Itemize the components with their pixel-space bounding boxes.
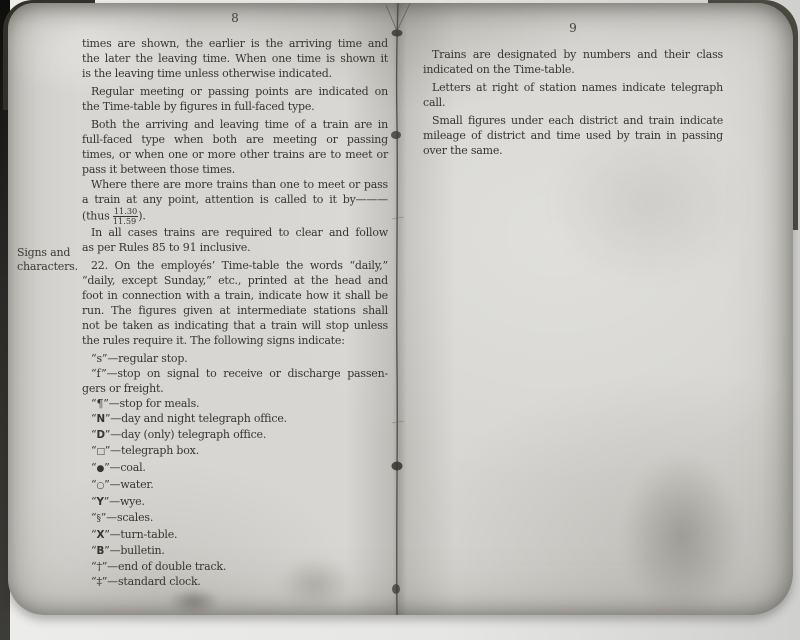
close-quote-dash: ”—: [101, 511, 117, 524]
sign-description: standard clock.: [118, 575, 201, 588]
close-quote-dash: ”—: [104, 495, 120, 508]
margin-note: Signs and characters.: [17, 246, 85, 273]
paragraph: Regular meeting or passing points are in…: [82, 84, 388, 114]
text-line: full-faced type when both are meeting or…: [82, 132, 388, 147]
fraction-bottom: 11.59: [113, 217, 138, 226]
text-line: Trains are designated by numbers and the…: [423, 47, 723, 62]
sign-continuation-line: gers or freight.: [82, 381, 388, 396]
sign-row: “Y”—wye.: [82, 494, 388, 510]
text-line: foot in connection with a train, indicat…: [82, 288, 388, 303]
text-line: Where there are more trains than one to …: [82, 177, 388, 192]
text-line: times, or when one or more other trains …: [82, 147, 388, 162]
paragraph: times are shown, the earlier is the arri…: [82, 36, 388, 81]
paragraph: Letters at right of station names indica…: [423, 80, 723, 110]
paragraph-group: In all cases trains are required to clea…: [82, 225, 388, 348]
sign-row: “‡”—standard clock.: [82, 574, 388, 589]
close-quote-dash: ”—: [104, 528, 120, 541]
paragraph: 22. On the employés’ Time-table the word…: [82, 258, 388, 348]
close-quote-dash: ”—: [104, 478, 120, 491]
text-line: 22. On the employés’ Time-table the word…: [82, 258, 388, 273]
text-line: over the same.: [423, 143, 723, 158]
sign-row: “N”—day and night telegraph office.: [82, 411, 388, 427]
close-quote-dash: ”—: [105, 444, 121, 457]
paragraph: Where there are more trains than one to …: [82, 177, 388, 207]
sign-symbol: ○: [96, 481, 104, 491]
sign-description: turn-table.: [120, 528, 177, 541]
close-quote-dash: ”—: [104, 544, 120, 557]
right-page-text-column: Trains are designated by numbers and the…: [423, 47, 723, 158]
sign-description: coal.: [120, 461, 145, 474]
fraction-line: (thus 11.3011.59).: [82, 207, 388, 225]
text-line: Regular meeting or passing points are in…: [82, 84, 388, 99]
sign-description: wye.: [120, 495, 145, 508]
sign-description: telegraph box.: [121, 444, 199, 457]
close-quote-dash: ”—: [101, 367, 117, 380]
sign-row: “§”—scales.: [82, 510, 388, 527]
sign-row: “s”—regular stop.: [82, 351, 388, 366]
text-line: times are shown, the earlier is the arri…: [82, 36, 388, 51]
time-fraction: 11.3011.59: [113, 207, 138, 225]
sign-description: scales.: [117, 511, 153, 524]
signs-list: “s”—regular stop.“f”—stop on signal to r…: [82, 351, 388, 589]
left-page-text-column: times are shown, the earlier is the arri…: [82, 36, 388, 589]
paragraph-group: times are shown, the earlier is the arri…: [82, 36, 388, 177]
close-quote-dash: ”—: [102, 575, 118, 588]
margin-note-line: Signs and: [17, 246, 85, 260]
paragraph-group: Where there are more trains than one to …: [82, 177, 388, 207]
sign-symbol: N: [96, 413, 104, 425]
text-line: indicated on the Time-table.: [423, 62, 723, 77]
paper-smudge: [623, 455, 741, 615]
sign-description: water.: [120, 478, 153, 491]
text-line: a train at any point, attention is calle…: [82, 192, 388, 207]
fraction-post: ).: [138, 210, 145, 223]
paragraph: Trains are designated by numbers and the…: [423, 47, 723, 77]
sign-row: “B”—bulletin.: [82, 543, 388, 559]
sign-row: “f”—stop on signal to receive or dischar…: [82, 366, 388, 381]
sign-description: bulletin.: [120, 544, 164, 557]
paragraph-group: Trains are designated by numbers and the…: [423, 47, 723, 158]
paragraph: Both the arriving and leaving time of a …: [82, 117, 388, 177]
sign-description: stop on signal to receive or discharge p…: [117, 367, 388, 380]
text-line: mileage of district and time used by tra…: [423, 128, 723, 143]
text-line: the later the leaving time. When one tim…: [82, 51, 388, 66]
sign-description: end of double track.: [118, 560, 226, 573]
text-line: Small figures under each district and tr…: [423, 113, 723, 128]
sign-symbol: ●: [96, 464, 104, 474]
sign-symbol: Y: [96, 496, 103, 508]
sign-row: “D”—day (only) telegraph office.: [82, 427, 388, 443]
text-line: In all cases trains are required to clea…: [82, 225, 388, 240]
sign-row: “●”—coal.: [82, 460, 388, 477]
sign-row: “□”—telegraph box.: [82, 443, 388, 460]
text-line: Both the arriving and leaving time of a …: [82, 117, 388, 132]
fraction-pre: (thus: [82, 210, 113, 223]
sign-description: regular stop.: [118, 352, 187, 365]
sign-description: day and night telegraph office.: [121, 412, 287, 425]
text-line: not be taken as indicating that a train …: [82, 318, 388, 333]
scanner-background: 8 Signs and characters. times are shown,…: [0, 0, 800, 640]
text-line: as per Rules 85 to 91 inclusive.: [82, 240, 388, 255]
close-quote-dash: ”—: [102, 352, 118, 365]
text-line: pass it between those times.: [82, 162, 388, 177]
sign-description: stop for meals.: [119, 397, 199, 410]
text-line: call.: [423, 95, 723, 110]
sign-symbol: □: [96, 447, 104, 457]
close-quote-dash: ”—: [105, 428, 121, 441]
sign-description: day (only) telegraph office.: [121, 428, 266, 441]
text-line: Letters at right of station names indica…: [423, 80, 723, 95]
close-quote-dash: ”—: [105, 412, 121, 425]
sign-row: “X”—turn-table.: [82, 527, 388, 543]
paragraph: Small figures under each district and tr…: [423, 113, 723, 158]
page-number-right: 9: [423, 21, 723, 35]
text-line: is the leaving time unless otherwise ind…: [82, 66, 388, 81]
close-quote-dash: ”—: [102, 560, 118, 573]
sign-row: “†”—end of double track.: [82, 559, 388, 574]
sign-symbol: B: [96, 545, 104, 557]
text-line: “daily, except Sunday,” etc., printed at…: [82, 273, 388, 288]
paragraph: In all cases trains are required to clea…: [82, 225, 388, 255]
open-book-spread: 8 Signs and characters. times are shown,…: [8, 3, 793, 615]
sign-row: “○”—water.: [82, 477, 388, 494]
sign-symbol: D: [96, 429, 104, 441]
close-quote-dash: ”—: [103, 397, 119, 410]
text-line: the rules require it. The following sign…: [82, 333, 388, 348]
margin-note-line: characters.: [17, 260, 85, 274]
text-line: run. The figures given at intermediate s…: [82, 303, 388, 318]
text-line: the Time-table by figures in full-faced …: [82, 99, 388, 114]
page-number-left: 8: [82, 11, 388, 25]
close-quote-dash: ”—: [104, 461, 120, 474]
paper-smudge: [168, 588, 220, 615]
sign-row: “¶”—stop for meals.: [82, 396, 388, 411]
